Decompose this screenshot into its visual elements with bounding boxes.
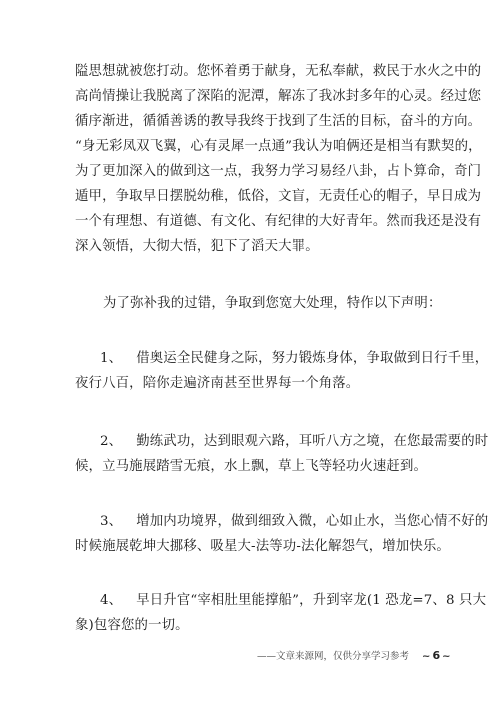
paragraph-line-3: 循序渐进，循循善诱的教导我终于找到了生活的目标，奋斗的方向。 xyxy=(75,113,427,131)
intro-statement: 为了弥补我的过错，争取到您宽大处理，特作以下声明： xyxy=(103,295,455,313)
list-item-text: 增加内功境界，做到细致入微，心如止水，当您心情不好的 xyxy=(136,514,488,529)
paragraph-line-4: “身无彩凤双飞翼，心有灵犀一点通”我认为咱俩还是相当有默契的， xyxy=(75,138,427,156)
list-item-1-second-line: 夜行八百，陪你走遍济南甚至世界每一个角落。 xyxy=(75,375,427,393)
list-item-number: 3、 xyxy=(100,514,122,529)
page-number: ~6~ xyxy=(420,649,452,662)
list-item-3-second-line: 时候施展乾坤大挪移、吸星大-法等功-法化解怨气，增加快乐。 xyxy=(75,538,427,556)
list-item-number: 2、 xyxy=(100,434,122,449)
list-item-number: 4、 xyxy=(100,593,122,608)
paragraph-line-2: 高尚情操让我脱离了深陷的泥潭，解冻了我冰封多年的心灵。经过您 xyxy=(75,88,427,106)
footer-source-note: ——文章来源网，仅供分享学习参考 xyxy=(257,651,409,662)
list-item-3-first-line: 3、增加内功境界，做到细致入微，心如止水，当您心情不好的 xyxy=(100,513,427,531)
paragraph-line-6: 遁甲，争取早日摆脱幼稚，低俗，文盲，无责任心的帽子，早日成为 xyxy=(75,188,427,206)
list-item-text: 勤练武功，达到眼观六路，耳听八方之境，在您最需要的时 xyxy=(136,434,488,449)
list-item-2-first-line: 2、勤练武功，达到眼观六路，耳听八方之境，在您最需要的时 xyxy=(100,433,427,451)
list-item-1-first-line: 1、借奥运全民健身之际，努力锻炼身体，争取做到日行千里， xyxy=(100,350,427,368)
list-item-4-second-line: 象)包容您的一切。 xyxy=(75,617,427,635)
list-item-number: 1、 xyxy=(100,351,122,366)
page-number-prefix: ~ xyxy=(422,651,430,662)
document-page: 隘思想就被您打动。您怀着勇于献身，无私奉献，救民于水火之中的 高尚情操让我脱离了… xyxy=(0,0,500,707)
list-item-4-first-line: 4、早日升官“宰相肚里能撑船”，升到宰龙(1 恐龙=7、8 只大 xyxy=(100,592,427,610)
page-number-value: 6 xyxy=(432,649,440,662)
list-item-text: 借奥运全民健身之际，努力锻炼身体，争取做到日行千里， xyxy=(136,351,488,366)
list-item-2-second-line: 候，立马施展踏雪无痕，水上飘，草上飞等轻功火速赶到。 xyxy=(75,458,427,476)
list-item-text: 早日升官“宰相肚里能撑船”，升到宰龙(1 恐龙=7、8 只大 xyxy=(136,593,486,608)
paragraph-line-5: 为了更加深入的做到这一点，我努力学习易经八卦，占卜算命，奇门 xyxy=(75,163,427,181)
paragraph-line-1: 隘思想就被您打动。您怀着勇于献身，无私奉献，救民于水火之中的 xyxy=(75,63,427,81)
paragraph-line-8: 深入领悟，大彻大悟，犯下了滔天大罪。 xyxy=(75,238,427,256)
page-footer: ——文章来源网，仅供分享学习参考 ~6~ xyxy=(257,649,452,664)
page-number-suffix: ~ xyxy=(442,651,450,662)
paragraph-line-7: 一个有理想、有道德、有文化、有纪律的大好青年。然而我还是没有 xyxy=(75,213,427,231)
